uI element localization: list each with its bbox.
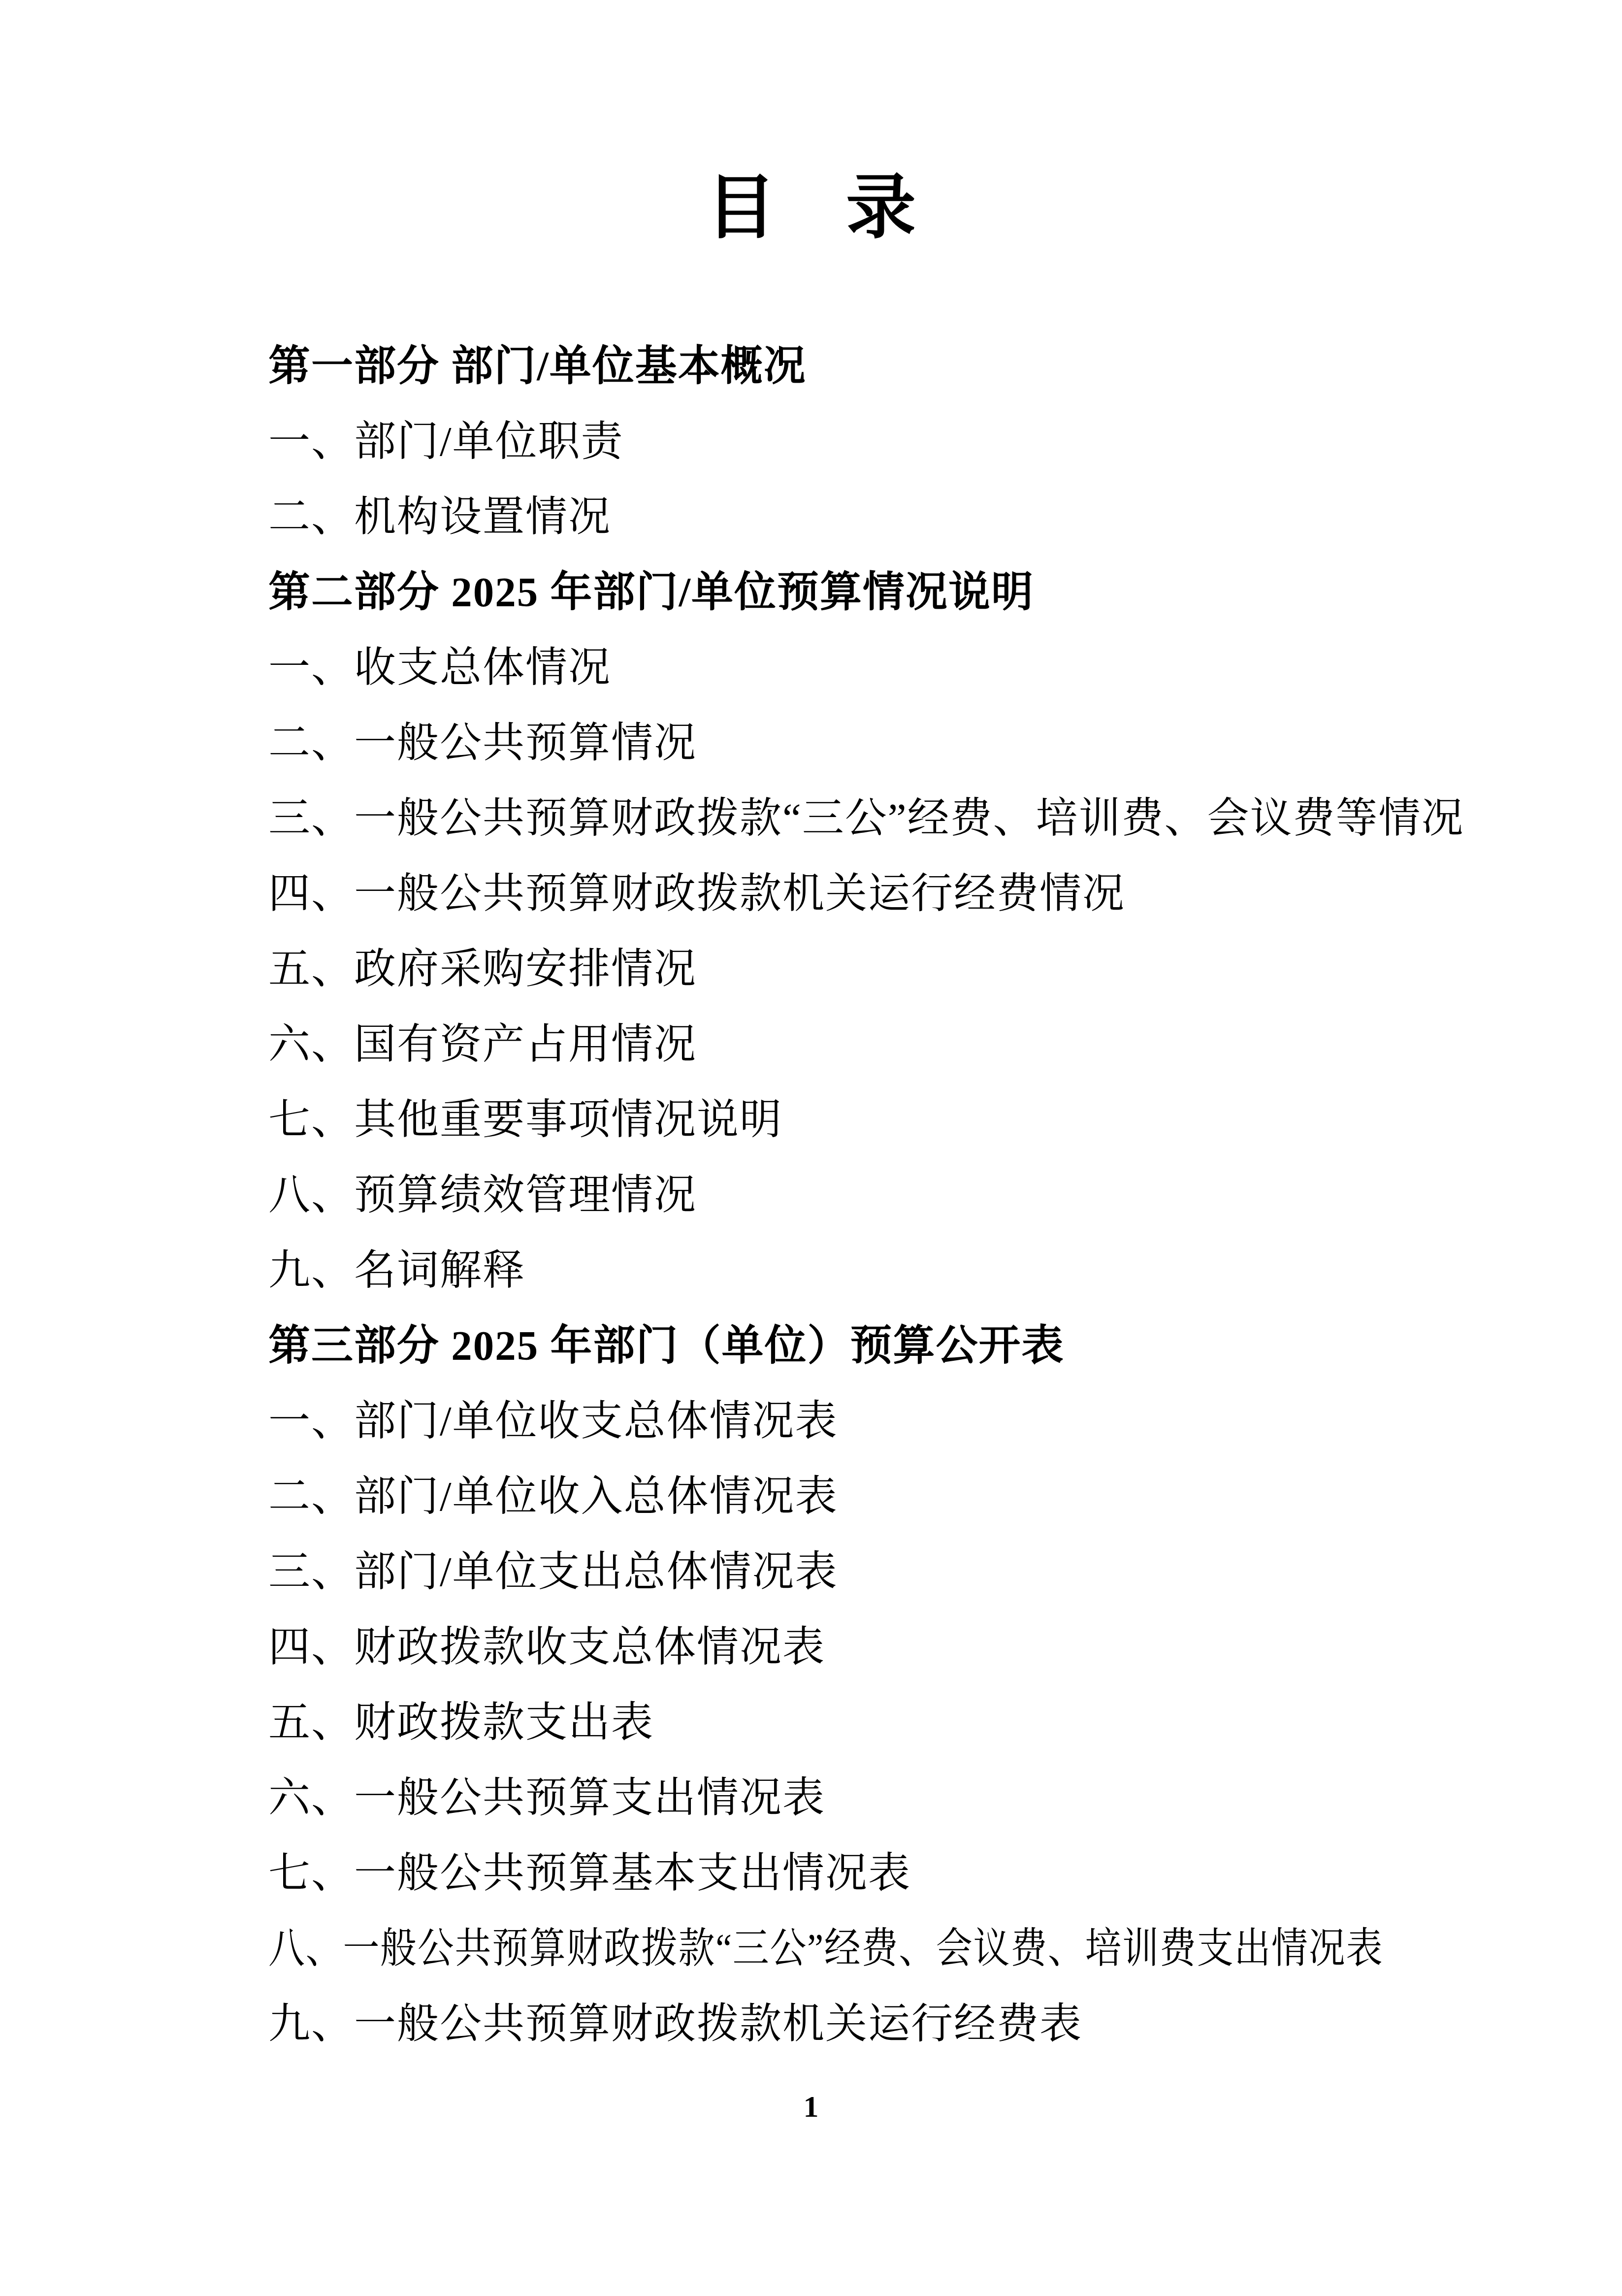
toc-item: 二、一般公共预算情况 <box>268 706 1558 781</box>
toc-item: 六、一般公共预算支出情况表 <box>268 1761 1558 1836</box>
toc-item: 六、国有资产占用情况 <box>268 1007 1558 1082</box>
toc-item: 二、机构设置情况 <box>268 480 1558 555</box>
toc-item: 七、其他重要事项情况说明 <box>268 1082 1558 1158</box>
toc-item: 五、财政拨款支出表 <box>268 1685 1558 1761</box>
toc-item: 一、部门/单位职责 <box>268 404 1558 480</box>
toc-item: 七、一般公共预算基本支出情况表 <box>268 1836 1558 1911</box>
page-number: 1 <box>0 2087 1622 2127</box>
page-title: 目 录 <box>0 159 1622 257</box>
toc-list: 第一部分 部门/单位基本概况一、部门/单位职责二、机构设置情况第二部分 2025… <box>268 329 1558 2062</box>
toc-item: 八、一般公共预算财政拨款“三公”经费、会议费、培训费支出情况表 <box>268 1911 1391 1987</box>
toc-item: 四、财政拨款收支总体情况表 <box>268 1610 1558 1685</box>
toc-item: 五、政府采购安排情况 <box>268 932 1558 1007</box>
toc-section-heading: 第三部分 2025 年部门（单位）预算公开表 <box>268 1309 1558 1384</box>
toc-item: 三、一般公共预算财政拨款“三公”经费、培训费、会议费等情况 <box>268 781 1558 856</box>
toc-item: 九、一般公共预算财政拨款机关运行经费表 <box>268 1987 1558 2062</box>
toc-item: 三、部门/单位支出总体情况表 <box>268 1535 1558 1610</box>
toc-item: 九、名词解释 <box>268 1233 1558 1309</box>
toc-item: 四、一般公共预算财政拨款机关运行经费情况 <box>268 856 1558 932</box>
toc-item: 二、部门/单位收入总体情况表 <box>268 1459 1558 1535</box>
document-page: 目 录 第一部分 部门/单位基本概况一、部门/单位职责二、机构设置情况第二部分 … <box>0 0 1622 2296</box>
toc-item: 一、收支总体情况 <box>268 630 1558 706</box>
toc-item: 八、预算绩效管理情况 <box>268 1158 1558 1233</box>
toc-section-heading: 第二部分 2025 年部门/单位预算情况说明 <box>268 555 1558 630</box>
toc-item: 一、部门/单位收支总体情况表 <box>268 1384 1558 1459</box>
toc-section-heading: 第一部分 部门/单位基本概况 <box>268 329 1558 404</box>
